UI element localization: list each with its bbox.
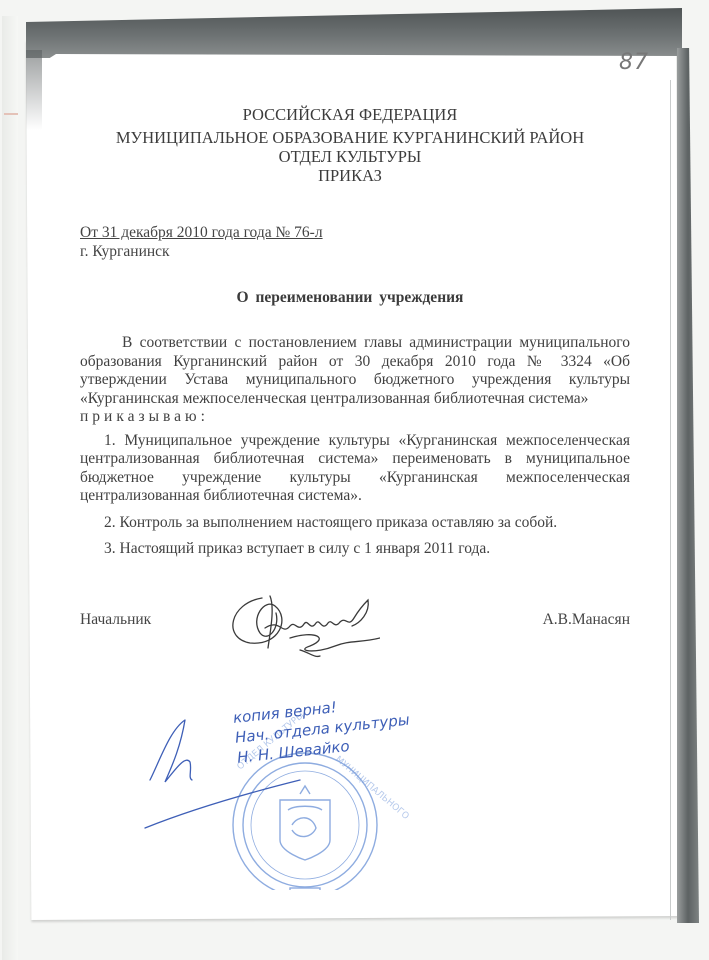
signatory-name: А.В.Манасян xyxy=(543,611,630,629)
scan-top-fade xyxy=(26,50,42,130)
order-date-number: От 31 декабря 2010 года года № 76-л xyxy=(80,223,323,242)
page-number: 87 xyxy=(619,50,649,75)
document-title: О переименовании учреждения xyxy=(60,289,640,307)
document-body: В соответствии с постановлением главы ад… xyxy=(80,334,630,559)
order-city: г. Курганинск xyxy=(80,242,323,261)
order-item-2: 2. Контроль за выполнением настоящего пр… xyxy=(80,514,630,533)
scan-left-strip xyxy=(2,16,18,960)
municipality-name: МУНИЦИПАЛЬНОЕ ОБРАЗОВАНИЕ КУРГАНИНСКИЙ Р… xyxy=(60,128,640,147)
document-type: ПРИКАЗ xyxy=(60,166,640,185)
department-name: ОТДЕЛ КУЛЬТУРЫ xyxy=(60,147,640,166)
order-item-3: 3. Настоящий приказ вступает в силу с 1 … xyxy=(80,540,630,559)
order-meta: От 31 декабря 2010 года года № 76-л г. К… xyxy=(80,223,323,261)
scan-right-line xyxy=(670,80,671,920)
directive-word: приказываю: xyxy=(80,408,630,427)
scan-left-mark xyxy=(4,113,18,115)
document-header: РОССИЙСКАЯ ФЕДЕРАЦИЯ МУНИЦИПАЛЬНОЕ ОБРАЗ… xyxy=(60,105,640,185)
preamble-paragraph: В соответствии с постановлением главы ад… xyxy=(80,334,630,408)
handwritten-signature-icon xyxy=(220,588,380,658)
country-name: РОССИЙСКАЯ ФЕДЕРАЦИЯ xyxy=(60,105,640,124)
signatory-role: Начальник xyxy=(80,611,151,629)
order-item-1: 1. Муниципальное учреждение культуры «Ку… xyxy=(80,432,630,506)
